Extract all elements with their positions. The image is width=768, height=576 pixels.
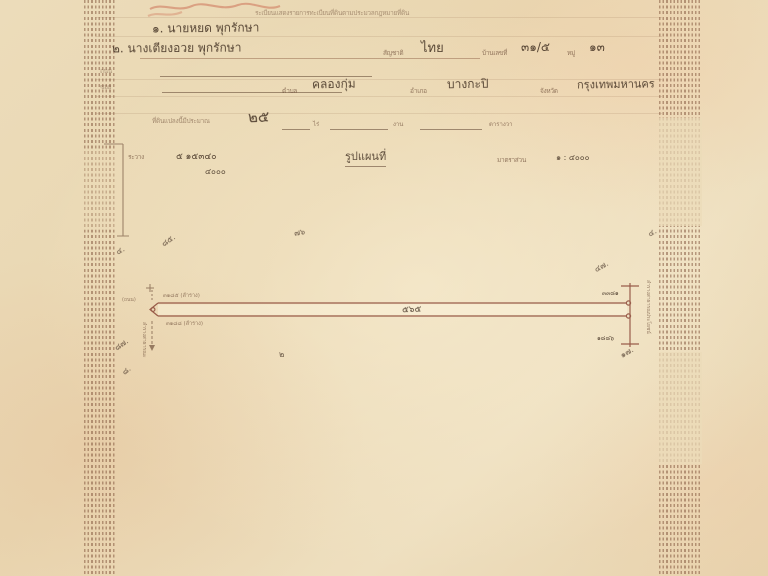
parcel-strip-outline bbox=[150, 283, 639, 347]
soi-label: ซอย bbox=[100, 82, 111, 92]
map-annotation: ๗๖ bbox=[293, 225, 306, 240]
rawang-denominator: ๔๐๐๐ bbox=[205, 165, 226, 178]
changwat-value: กรุงเทพมหานคร bbox=[577, 74, 655, 93]
amphoe-label: อำเภอ bbox=[410, 86, 427, 96]
map-title: รูปแผนที่ bbox=[345, 147, 386, 167]
scale-label: มาตราส่วน bbox=[497, 155, 526, 165]
house-number-label: บ้านเลขที่ bbox=[482, 48, 507, 58]
north-boundary-label: ๓๑๘๕ (ลำราง) bbox=[163, 292, 200, 300]
ngan-label: งาน bbox=[393, 119, 403, 129]
area-rai-value: ๒๕ bbox=[248, 105, 270, 130]
header-tiny-print: ระเบียนแสดงรายการทะเบียนที่ดินตามประมวลก… bbox=[255, 8, 409, 18]
right-bottom-number: ๑๘๘๖ bbox=[597, 333, 614, 343]
rawang-value: ๕ ๑๕๓๔๐ bbox=[176, 149, 217, 163]
right-canal-vertical-label: ลำรางสาธารณประโยชน์ bbox=[644, 280, 652, 358]
right-top-number: ๓๓๘๑ bbox=[602, 288, 619, 298]
changwat-label: จังหวัด bbox=[540, 86, 558, 96]
left-canal-vertical-label: ลำรางสาธารณะ bbox=[140, 322, 148, 372]
tambon-label: ตำบล bbox=[282, 86, 297, 96]
ngan-blank-line bbox=[330, 129, 388, 130]
west-boundary-label: (ถนน) bbox=[122, 296, 136, 304]
rawang-label: ระวาง bbox=[128, 152, 144, 162]
wa-blank-line bbox=[420, 129, 482, 130]
ruled-line bbox=[140, 58, 480, 59]
wa-label: ตารางวา bbox=[489, 119, 513, 129]
ruled-line bbox=[96, 96, 662, 97]
owner-line-2: ๒. นางเตียงอวย พุกรักษา bbox=[112, 39, 242, 59]
rai-label: ไร่ bbox=[313, 119, 319, 129]
road-label: ถนน bbox=[100, 66, 112, 76]
owner-line-1: ๑. นายหยด พุกรักษา bbox=[152, 18, 260, 38]
moo-value: ๑๓ bbox=[589, 38, 605, 57]
amphoe-value: บางกะปิ bbox=[447, 75, 489, 95]
rai-blank-line bbox=[282, 129, 310, 130]
nationality-value: ไทย bbox=[421, 37, 444, 58]
deed-document-page: ระเบียนแสดงรายการทะเบียนที่ดินตามประมวลก… bbox=[0, 0, 768, 576]
moo-label: หมู่ bbox=[567, 48, 575, 58]
area-label: ที่ดินแปลงนี้มีประมาณ bbox=[152, 116, 210, 126]
scale-value: ๑ : ๔๐๐๐ bbox=[556, 151, 590, 164]
ruled-line bbox=[96, 113, 662, 114]
map-margin-line bbox=[104, 144, 129, 236]
nationality-label: สัญชาติ bbox=[383, 48, 403, 58]
parcel-number: ๕๖๕ bbox=[402, 302, 422, 317]
house-number-value: ๓๑/๕ bbox=[521, 38, 550, 57]
map-annotation: ๒ bbox=[279, 348, 284, 361]
south-boundary-label: ๓๑๘๘ (ลำราง) bbox=[166, 320, 203, 328]
tambon-value: คลองกุ่ม bbox=[312, 75, 356, 95]
